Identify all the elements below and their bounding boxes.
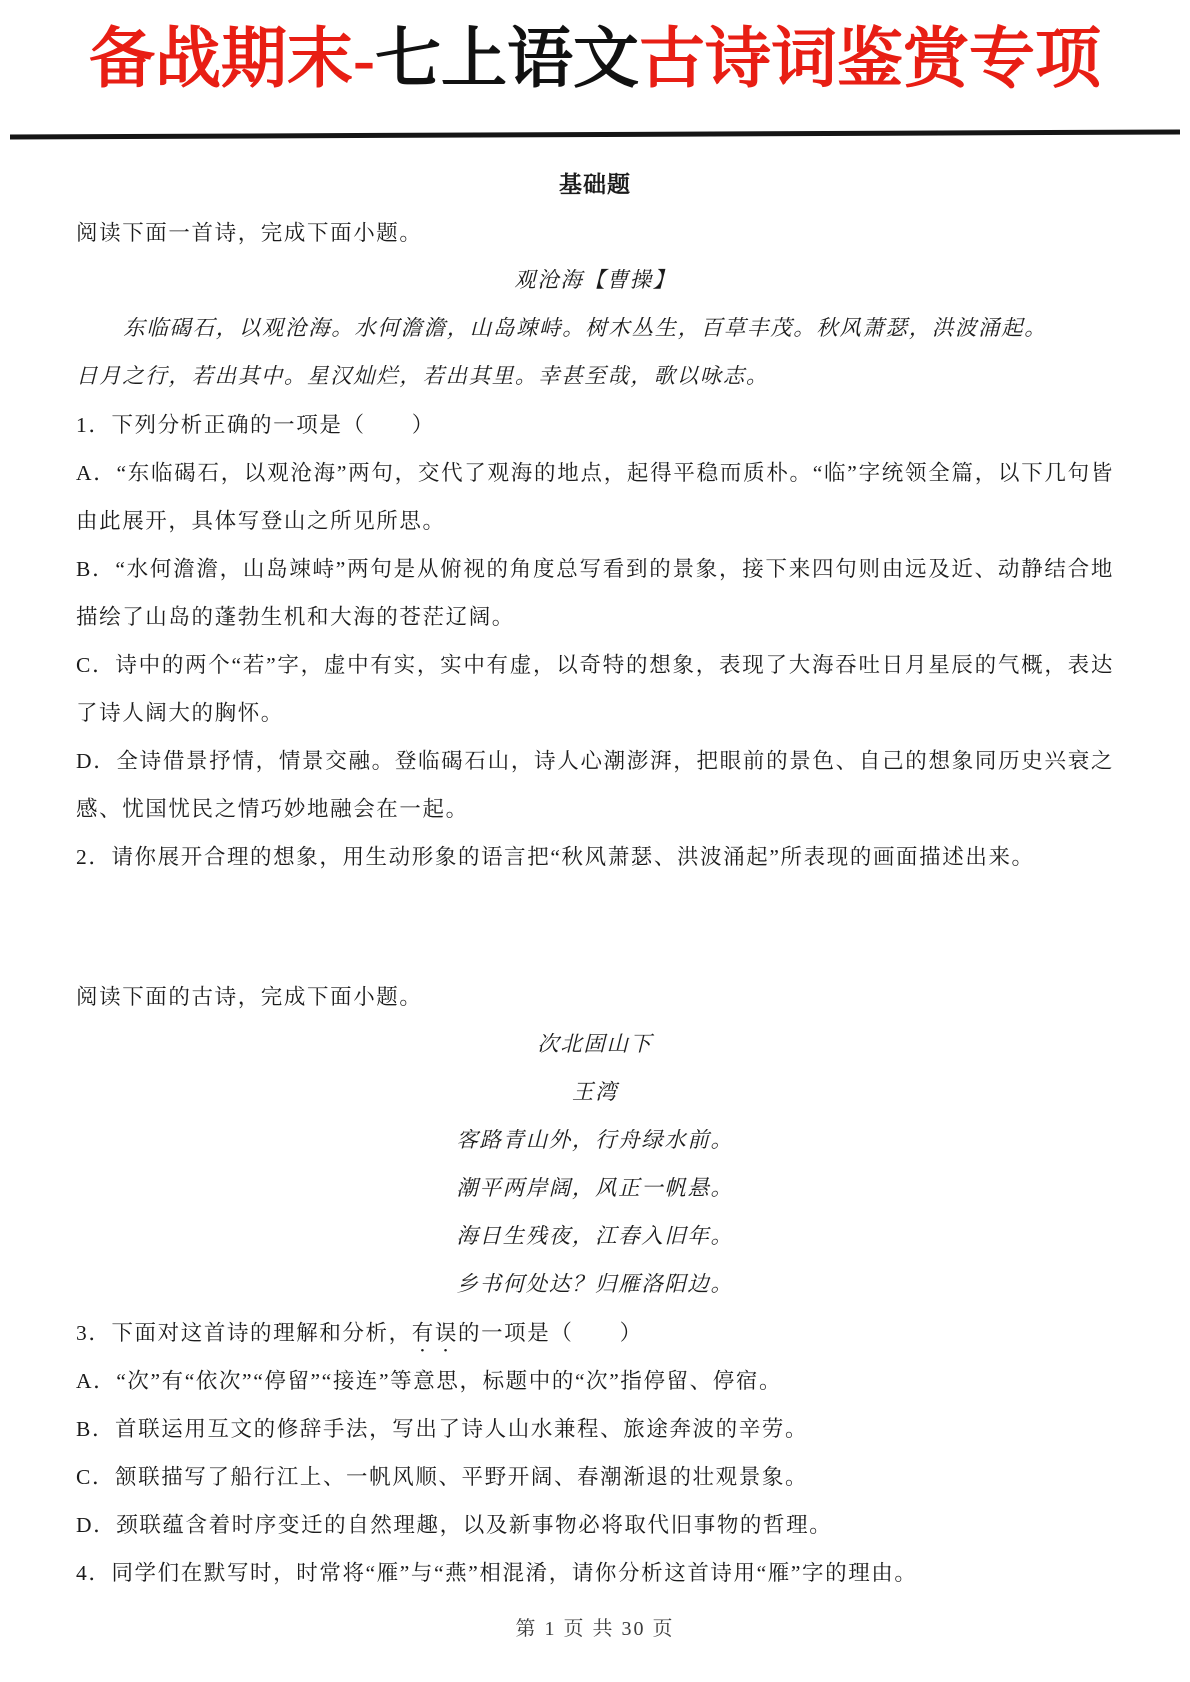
poem2-line-1: 客路青山外，行舟绿水前。 <box>76 1117 1114 1165</box>
passage1-instruction: 阅读下面一首诗，完成下面小题。 <box>76 209 1114 257</box>
page-title-segment-black: 七上语文 <box>375 23 639 96</box>
poem2-line-4: 乡书何处达？归雁洛阳边。 <box>76 1261 1114 1309</box>
poem2-line-3: 海日生残夜，江春入旧年。 <box>76 1213 1114 1261</box>
page-title-segment-red-1: 备战期末- <box>89 23 375 96</box>
poem2-title: 次北固山下 <box>76 1021 1114 1069</box>
answer-space <box>76 881 1114 973</box>
question-3-stem-prefix: 3．下面对这首诗的理解和分析， <box>76 1321 412 1345</box>
question-4-stem: 4．同学们在默写时，时常将“雁”与“燕”相混淆，请你分析这首诗用“雁”字的理由。 <box>76 1549 1114 1597</box>
question-3-stem-emphasis: 有误 <box>412 1321 458 1345</box>
question-1-stem: 1．下列分析正确的一项是（ ） <box>76 401 1114 449</box>
question-2-stem: 2．请你展开合理的想象，用生动形象的语言把“秋风萧瑟、洪波涌起”所表现的画面描述… <box>76 833 1114 881</box>
section-heading: 基础题 <box>76 161 1114 209</box>
document-page: 备战期末-七上语文古诗词鉴赏专项 基础题 阅读下面一首诗，完成下面小题。 观沧海… <box>0 0 1190 1682</box>
question-3-stem: 3．下面对这首诗的理解和分析，有误的一项是（ ） <box>76 1309 1114 1357</box>
document-body: 基础题 阅读下面一首诗，完成下面小题。 观沧海【曹操】 东临碣石，以观沧海。水何… <box>0 161 1190 1651</box>
question-1-option-a: A．“东临碣石，以观沧海”两句，交代了观海的地点，起得平稳而质朴。“临”字统领全… <box>76 449 1114 545</box>
page-title: 备战期末-七上语文古诗词鉴赏专项 <box>0 0 1190 98</box>
question-1-option-c: C．诗中的两个“若”字，虚中有实，实中有虚，以奇特的想象，表现了大海吞吐日月星辰… <box>76 641 1114 737</box>
title-divider <box>10 129 1180 139</box>
poem2-author: 王湾 <box>76 1069 1114 1117</box>
question-3-option-b: B．首联运用互文的修辞手法，写出了诗人山水兼程、旅途奔波的辛劳。 <box>76 1405 1114 1453</box>
question-3-option-c: C．颔联描写了船行江上、一帆风顺、平野开阔、春潮渐退的壮观景象。 <box>76 1453 1114 1501</box>
poem2-line-2: 潮平两岸阔，风正一帆悬。 <box>76 1165 1114 1213</box>
page-footer: 第 1 页 共 30 页 <box>76 1607 1114 1651</box>
question-1-option-d: D．全诗借景抒情，情景交融。登临碣石山，诗人心潮澎湃，把眼前的景色、自己的想象同… <box>76 737 1114 833</box>
poem1-line-2: 日月之行，若出其中。星汉灿烂，若出其里。幸甚至哉，歌以咏志。 <box>76 353 1114 401</box>
poem1-line-1: 东临碣石，以观沧海。水何澹澹，山岛竦峙。树木丛生，百草丰茂。秋风萧瑟，洪波涌起。 <box>76 305 1114 353</box>
question-3-option-a: A．“次”有“依次”“停留”“接连”等意思，标题中的“次”指停留、停宿。 <box>76 1357 1114 1405</box>
question-1-option-b: B．“水何澹澹，山岛竦峙”两句是从俯视的角度总写看到的景象，接下来四句则由远及近… <box>76 545 1114 641</box>
page-title-segment-red-2: 古诗词鉴赏专项 <box>639 23 1101 96</box>
question-3-stem-suffix: 的一项是（ ） <box>458 1321 643 1345</box>
poem1-title: 观沧海【曹操】 <box>76 257 1114 305</box>
question-3-option-d: D．颈联蕴含着时序变迁的自然理趣，以及新事物必将取代旧事物的哲理。 <box>76 1501 1114 1549</box>
passage2-instruction: 阅读下面的古诗，完成下面小题。 <box>76 973 1114 1021</box>
